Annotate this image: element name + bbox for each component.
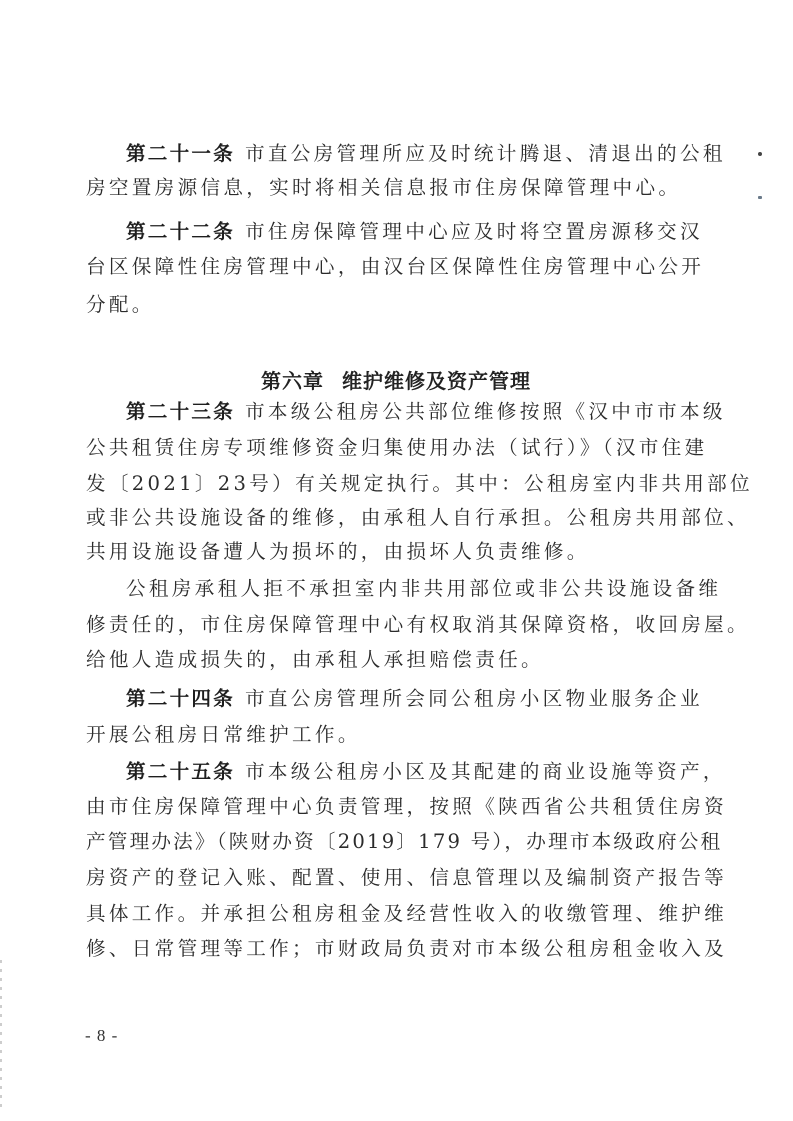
article-number: 第二十一条 — [126, 142, 235, 165]
line-text: 公共租赁住房专项维修资金归集使用办法（试行）》（汉市住建 — [86, 436, 707, 459]
scan-edge-artifact — [0, 960, 2, 1110]
paragraph-line: 具体工作。并承担公租房租金及经营性收入的收缴管理、维护维 — [86, 902, 706, 926]
paragraph-line: 共用设施设备遭人为损坏的，由损坏人负责维修。 — [86, 540, 706, 564]
line-text: 房空置房源信息，实时将相关信息报市住房保障管理中心。 — [86, 176, 681, 199]
line-text: 房资产的登记入账、配置、使用、信息管理以及编制资产报告等 — [86, 866, 727, 889]
paragraph-line: 房空置房源信息，实时将相关信息报市住房保障管理中心。 — [86, 176, 706, 200]
article-number: 第二十五条 — [126, 760, 235, 783]
paragraph-line: 第二十三条市本级公租房公共部位维修按照《汉中市市本级 — [126, 400, 706, 424]
article-number: 第二十二条 — [126, 220, 235, 243]
paragraph-line: 由市住房保障管理中心负责管理，按照《陕西省公共租赁住房资 — [86, 795, 706, 819]
paragraph-line: 房资产的登记入账、配置、使用、信息管理以及编制资产报告等 — [86, 866, 706, 890]
paragraph-line: 修、日常管理等工作；市财政局负责对市本级公租房租金收入及 — [86, 937, 706, 961]
paragraph-line: 第二十五条市本级公租房小区及其配建的商业设施等资产， — [126, 760, 706, 784]
paragraph-line: 给他人造成损失的，由承租人承担赔偿责任。 — [86, 648, 706, 672]
line-text: 给他人造成损失的，由承租人承担赔偿责任。 — [86, 648, 544, 671]
line-text: 市直公房管理所应及时统计腾退、清退出的公租 — [245, 142, 726, 165]
paragraph-line: 发〔2021〕23号）有关规定执行。其中：公租房室内非共用部位 — [86, 472, 706, 496]
paragraph-line: 产管理办法》（陕财办资〔2019〕179 号），办理市本级政府公租 — [86, 830, 706, 854]
paragraph-line: 第二十二条市住房保障管理中心应及时将空置房源移交汉 — [126, 220, 706, 244]
line-text: 发〔2021〕23号）有关规定执行。其中：公租房室内非共用部位 — [86, 472, 753, 495]
paragraph-line: 公共租赁住房专项维修资金归集使用办法（试行）》（汉市住建 — [86, 436, 706, 460]
article-number: 第二十三条 — [126, 400, 235, 423]
paragraph-line: 或非公共设施设备的维修，由承租人自行承担。公租房共用部位、 — [86, 506, 706, 530]
article-number: 第二十四条 — [126, 687, 235, 710]
margin-dot-mark — [758, 152, 762, 156]
line-text: 或非公共设施设备的维修，由承租人自行承担。公租房共用部位、 — [86, 506, 750, 529]
line-text: 修、日常管理等工作；市财政局负责对市本级公租房租金收入及 — [86, 937, 727, 960]
paragraph-line: 修责任的，市住房保障管理中心有权取消其保障资格，收回房屋。 — [86, 613, 706, 637]
chapter-title: 第六章维护维修及资产管理 — [86, 368, 706, 394]
line-text: 市本级公租房公共部位维修按照《汉中市市本级 — [245, 400, 726, 423]
paragraph-line: 分配。 — [86, 293, 706, 317]
paragraph-line: 第二十四条市直公房管理所会同公租房小区物业服务企业 — [126, 687, 706, 711]
paragraph-line: 台区保障性住房管理中心，由汉台区保障性住房管理中心公开 — [86, 255, 706, 279]
line-text: 分配。 — [86, 293, 155, 316]
paragraph-line: 第二十一条市直公房管理所应及时统计腾退、清退出的公租 — [126, 142, 706, 166]
line-text: 台区保障性住房管理中心，由汉台区保障性住房管理中心公开 — [86, 255, 704, 278]
document-page: 第二十一条市直公房管理所应及时统计腾退、清退出的公租 房空置房源信息，实时将相关… — [0, 0, 793, 1121]
line-text: 产管理办法》（陕财办资〔2019〕179 号），办理市本级政府公租 — [86, 830, 722, 853]
line-text: 具体工作。并承担公租房租金及经营性收入的收缴管理、维护维 — [86, 902, 727, 925]
paragraph-line: 开展公租房日常维护工作。 — [86, 723, 706, 747]
line-text: 公租房承租人拒不承担室内非共用部位或非公共设施设备维 — [126, 577, 721, 600]
line-text: 修责任的，市住房保障管理中心有权取消其保障资格，收回房屋。 — [86, 613, 750, 636]
line-text: 市本级公租房小区及其配建的商业设施等资产， — [245, 760, 726, 783]
paragraph-line: 公租房承租人拒不承担室内非共用部位或非公共设施设备维 — [126, 577, 706, 601]
line-text: 市直公房管理所会同公租房小区物业服务企业 — [245, 687, 703, 710]
line-text: 共用设施设备遭人为损坏的，由损坏人负责维修。 — [86, 540, 590, 563]
chapter-heading: 维护维修及资产管理 — [342, 369, 531, 393]
page-number: - 8 - — [85, 1026, 118, 1046]
line-text: 开展公租房日常维护工作。 — [86, 723, 361, 746]
line-text: 由市住房保障管理中心负责管理，按照《陕西省公共租赁住房资 — [86, 795, 727, 818]
chapter-label: 第六章 — [261, 369, 324, 393]
margin-dot-mark — [758, 196, 762, 199]
line-text: 市住房保障管理中心应及时将空置房源移交汉 — [245, 220, 703, 243]
